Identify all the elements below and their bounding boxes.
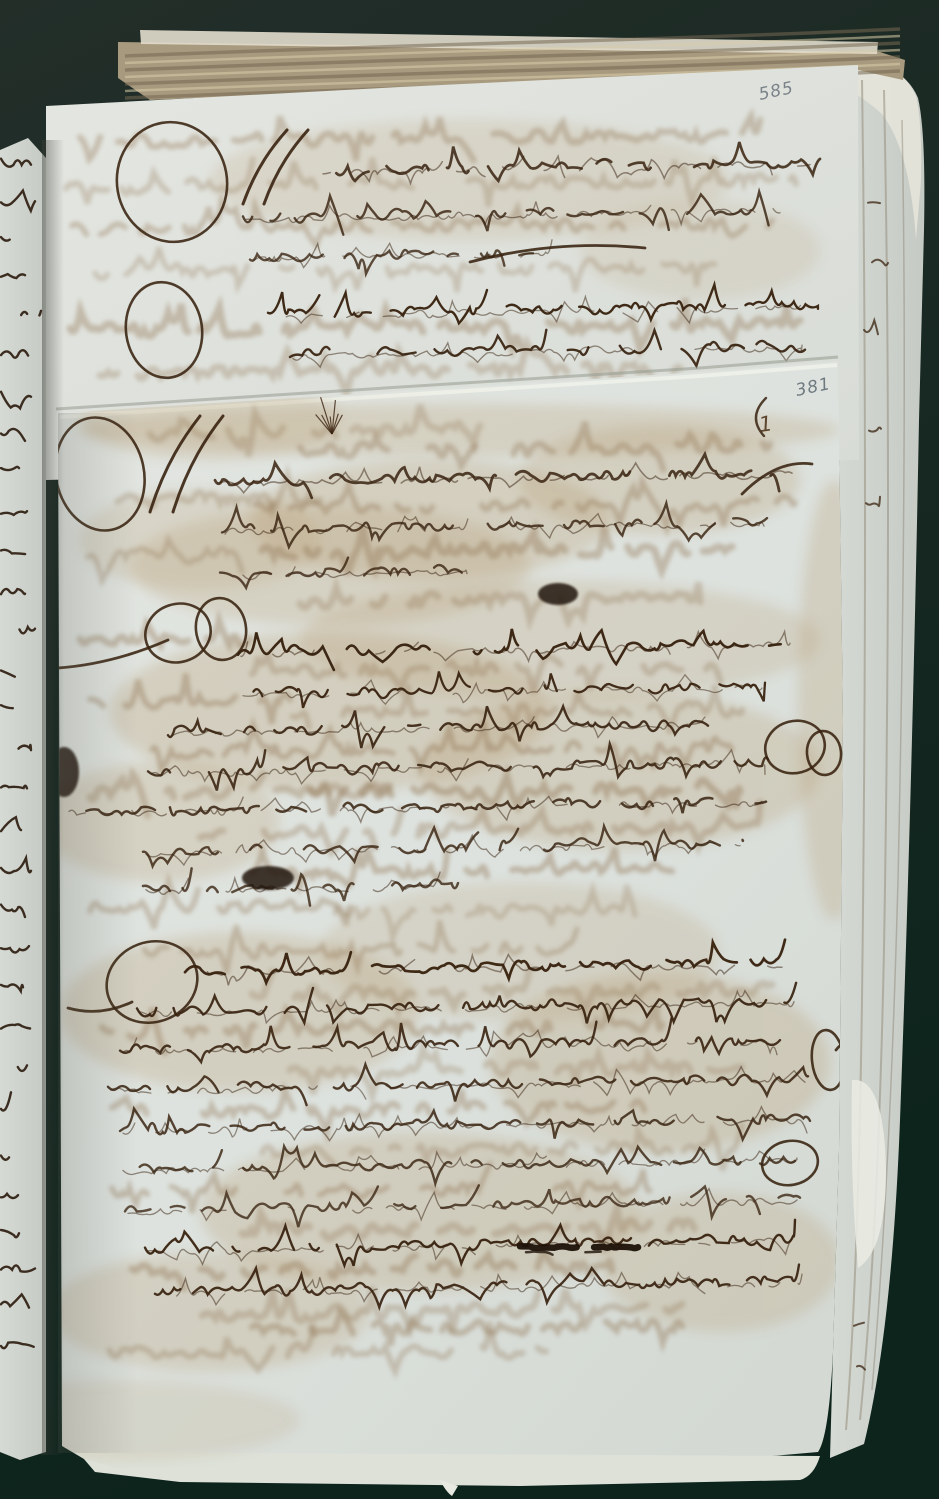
letter-page-381: 381 1 (0, 357, 870, 1496)
left-page-paper (0, 138, 46, 1460)
gutter-shading (58, 413, 138, 1453)
manuscript-photo: 585 381 1 (0, 0, 939, 1499)
strikethrough-correction (520, 1246, 638, 1248)
bottom-under-leaves (78, 1452, 820, 1486)
ink-blot (242, 866, 294, 890)
gutter-fold-shadow (42, 140, 64, 1455)
manuscript-scene: 585 381 1 (0, 0, 939, 1499)
edge-ink-speck (868, 202, 880, 203)
ink-blot (538, 583, 578, 605)
left-margin-page (0, 138, 46, 1460)
